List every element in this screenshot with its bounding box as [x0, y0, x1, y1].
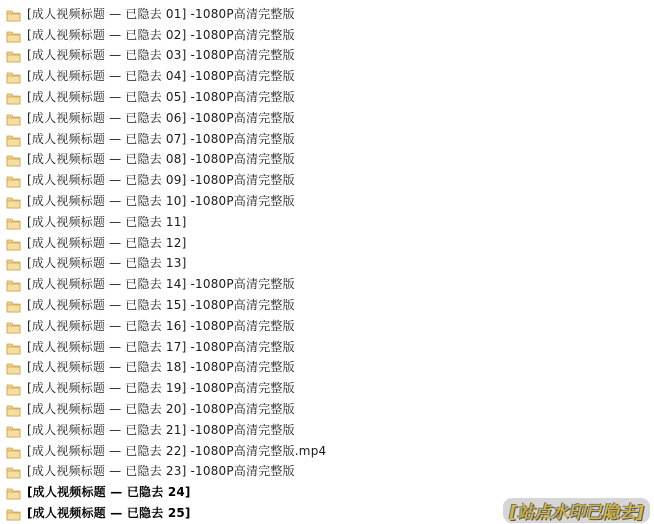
list-item[interactable]: [成人视频标题 — 已隐去 12]	[0, 232, 654, 253]
list-item[interactable]: [成人视频标题 — 已隐去 08] -1080P高清完整版	[0, 149, 654, 170]
list-item[interactable]: [成人视频标题 — 已隐去 03] -1080P高清完整版	[0, 45, 654, 66]
folder-icon	[6, 28, 21, 41]
folder-icon	[6, 402, 21, 415]
list-item-label: [成人视频标题 — 已隐去 07] -1080P高清完整版	[27, 130, 295, 147]
folder-icon	[6, 381, 21, 394]
list-item-label: [成人视频标题 — 已隐去 16] -1080P高清完整版	[27, 317, 295, 334]
list-item[interactable]: [成人视频标题 — 已隐去 10] -1080P高清完整版	[0, 190, 654, 211]
list-item-label: [成人视频标题 — 已隐去 18] -1080P高清完整版	[27, 358, 295, 375]
folder-icon	[6, 256, 21, 269]
list-item-label: [成人视频标题 — 已隐去 14] -1080P高清完整版	[27, 275, 295, 292]
list-item[interactable]: [成人视频标题 — 已隐去 23] -1080P高清完整版	[0, 461, 654, 482]
list-item[interactable]: [成人视频标题 — 已隐去 06] -1080P高清完整版	[0, 107, 654, 128]
folder-icon	[6, 236, 21, 249]
list-item[interactable]: [成人视频标题 — 已隐去 04] -1080P高清完整版	[0, 65, 654, 86]
folder-icon	[6, 90, 21, 103]
list-item-label: [成人视频标题 — 已隐去 04] -1080P高清完整版	[27, 67, 295, 84]
folder-icon	[6, 69, 21, 82]
list-item[interactable]: [成人视频标题 — 已隐去 18] -1080P高清完整版	[0, 357, 654, 378]
list-item-label: [成人视频标题 — 已隐去 17] -1080P高清完整版	[27, 338, 295, 355]
list-item[interactable]: [成人视频标题 — 已隐去 05] -1080P高清完整版	[0, 86, 654, 107]
folder-icon	[6, 7, 21, 20]
list-item[interactable]: [成人视频标题 — 已隐去 07] -1080P高清完整版	[0, 128, 654, 149]
list-item-label: [成人视频标题 — 已隐去 11]	[27, 213, 186, 230]
list-item-label: [成人视频标题 — 已隐去 02] -1080P高清完整版	[27, 26, 295, 43]
file-list: [成人视频标题 — 已隐去 01] -1080P高清完整版 [成人视频标题 — …	[0, 0, 654, 523]
list-item-label: [成人视频标题 — 已隐去 09] -1080P高清完整版	[27, 171, 295, 188]
list-item[interactable]: [成人视频标题 — 已隐去 14] -1080P高清完整版	[0, 273, 654, 294]
list-item[interactable]: [成人视频标题 — 已隐去 15] -1080P高清完整版	[0, 294, 654, 315]
list-item-label: [成人视频标题 — 已隐去 08] -1080P高清完整版	[27, 150, 295, 167]
folder-icon	[6, 215, 21, 228]
folder-icon	[6, 464, 21, 477]
list-item-label: [成人视频标题 — 已隐去 01] -1080P高清完整版	[27, 5, 295, 22]
list-item[interactable]: [成人视频标题 — 已隐去 22] -1080P高清完整版.mp4	[0, 440, 654, 461]
list-item-label: [成人视频标题 — 已隐去 20] -1080P高清完整版	[27, 400, 295, 417]
list-item[interactable]: [成人视频标题 — 已隐去 20] -1080P高清完整版	[0, 398, 654, 419]
folder-icon	[6, 423, 21, 436]
folder-icon	[6, 152, 21, 165]
folder-icon	[6, 173, 21, 186]
list-item-label: [成人视频标题 — 已隐去 13]	[27, 254, 186, 271]
folder-icon	[6, 298, 21, 311]
list-item[interactable]: [成人视频标题 — 已隐去 17] -1080P高清完整版	[0, 336, 654, 357]
list-item-label: [成人视频标题 — 已隐去 06] -1080P高清完整版	[27, 109, 295, 126]
list-item[interactable]: [成人视频标题 — 已隐去 11]	[0, 211, 654, 232]
list-item-label: [成人视频标题 — 已隐去 25]	[27, 504, 191, 521]
folder-icon	[6, 485, 21, 498]
folder-icon	[6, 360, 21, 373]
folder-icon	[6, 277, 21, 290]
list-item-label: [成人视频标题 — 已隐去 10] -1080P高清完整版	[27, 192, 295, 209]
list-item[interactable]: [成人视频标题 — 已隐去 13]	[0, 253, 654, 274]
list-item-label: [成人视频标题 — 已隐去 05] -1080P高清完整版	[27, 88, 295, 105]
list-item-label: [成人视频标题 — 已隐去 03] -1080P高清完整版	[27, 46, 295, 63]
list-item[interactable]: [成人视频标题 — 已隐去 19] -1080P高清完整版	[0, 377, 654, 398]
list-item-label: [成人视频标题 — 已隐去 23] -1080P高清完整版	[27, 462, 295, 479]
list-item[interactable]: [成人视频标题 — 已隐去 01] -1080P高清完整版	[0, 3, 654, 24]
list-item-label: [成人视频标题 — 已隐去 22] -1080P高清完整版.mp4	[27, 442, 326, 459]
folder-icon	[6, 194, 21, 207]
folder-icon	[6, 340, 21, 353]
folder-icon	[6, 444, 21, 457]
site-watermark: [站点水印已隐去]	[503, 498, 650, 523]
list-item[interactable]: [成人视频标题 — 已隐去 21] -1080P高清完整版	[0, 419, 654, 440]
list-item[interactable]: [成人视频标题 — 已隐去 09] -1080P高清完整版	[0, 169, 654, 190]
folder-icon	[6, 132, 21, 145]
folder-icon	[6, 319, 21, 332]
list-item-label: [成人视频标题 — 已隐去 24]	[27, 483, 191, 500]
list-item-label: [成人视频标题 — 已隐去 15] -1080P高清完整版	[27, 296, 295, 313]
folder-icon	[6, 48, 21, 61]
list-item-label: [成人视频标题 — 已隐去 21] -1080P高清完整版	[27, 421, 295, 438]
list-item[interactable]: [成人视频标题 — 已隐去 16] -1080P高清完整版	[0, 315, 654, 336]
list-item[interactable]: [成人视频标题 — 已隐去 02] -1080P高清完整版	[0, 24, 654, 45]
list-item-label: [成人视频标题 — 已隐去 19] -1080P高清完整版	[27, 379, 295, 396]
folder-icon	[6, 111, 21, 124]
list-item-label: [成人视频标题 — 已隐去 12]	[27, 234, 186, 251]
folder-icon	[6, 506, 21, 519]
